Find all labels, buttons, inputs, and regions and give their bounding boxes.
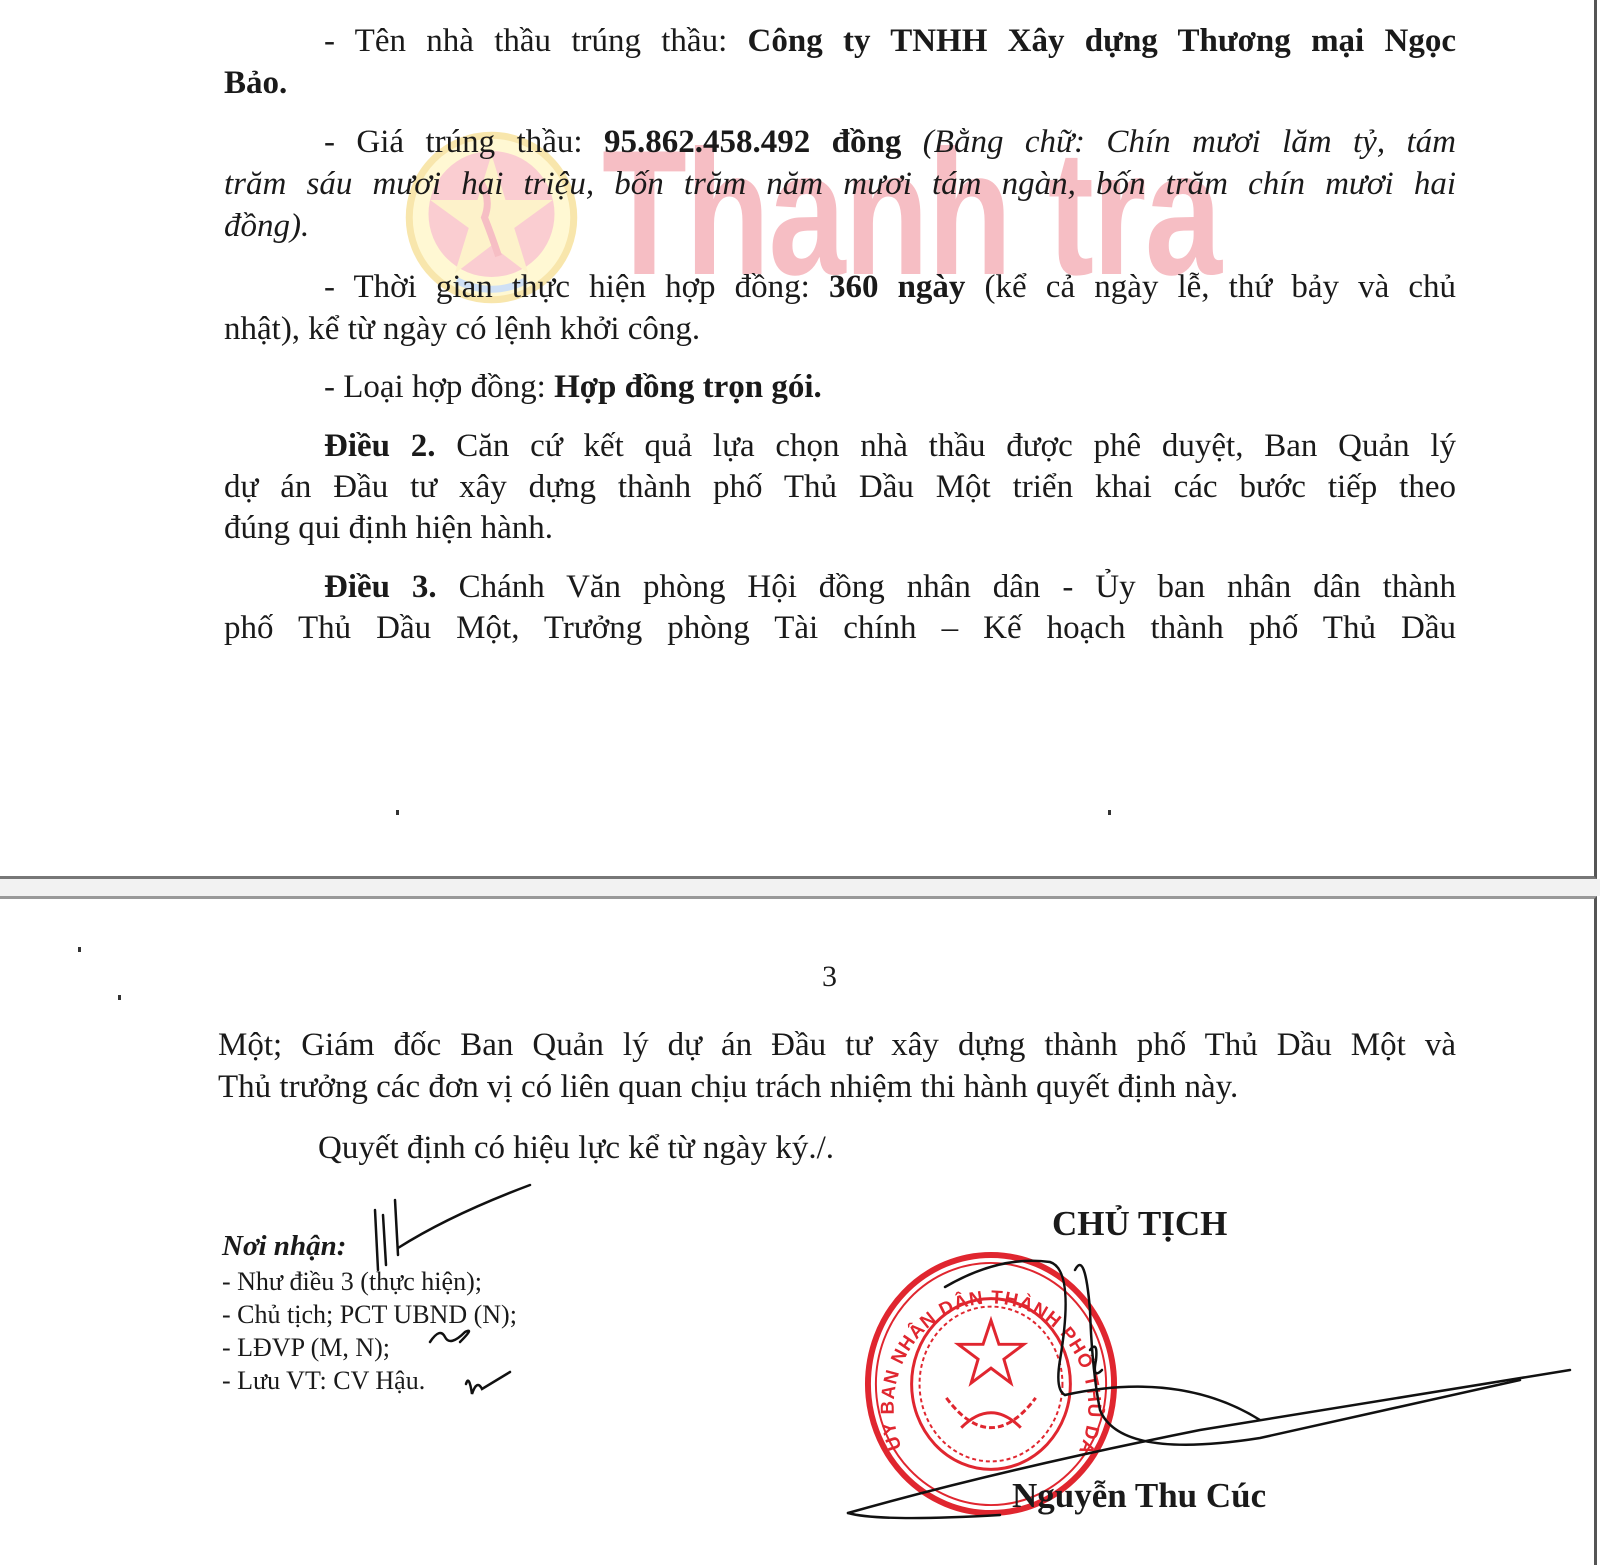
contractor-line: - Tên nhà thầu trúng thầu: Công ty TNHH … (224, 20, 1456, 62)
document-page-top: Thanh tra - Tên nhà thầu trúng thầu: Côn… (0, 0, 1597, 879)
price-value: 95.862.458.492 đồng (604, 124, 901, 160)
article-3-heading: Điều 3. (324, 569, 437, 605)
contract-type-value: Hợp đồng trọn gói. (554, 369, 822, 405)
recipient-item: - LĐVP (M, N); (222, 1331, 517, 1364)
article-2-line-2: dự án Đầu tư xây dựng thành phố Thủ Dầu … (224, 466, 1456, 508)
price-words-line-2: trăm sáu mươi hai triệu, bốn trăm năm mư… (224, 163, 1456, 205)
article-3-line-1: Điều 3. Chánh Văn phòng Hội đồng nhân dâ… (224, 566, 1456, 608)
contractor-line-2: Bảo. (224, 62, 1456, 104)
duration-line-2: nhật), kể từ ngày có lệnh khởi công. (224, 308, 1456, 350)
effective-line: Quyết định có hiệu lực kể từ ngày ký./. (218, 1127, 1450, 1169)
recipient-item: - Lưu VT: CV Hậu. (222, 1364, 517, 1397)
article-3-line-2: phố Thủ Dầu Một, Trưởng phòng Tài chính … (224, 607, 1456, 649)
duration-value: 360 ngày (829, 269, 965, 305)
scan-speck (1108, 810, 1111, 815)
contract-type-line: - Loại hợp đồng: Hợp đồng trọn gói. (224, 366, 1456, 408)
recipient-item: - Chủ tịch; PCT UBND (N); (222, 1298, 517, 1331)
price-line: - Giá trúng thầu: 95.862.458.492 đồng (B… (224, 121, 1456, 163)
page-number: 3 (822, 960, 837, 994)
page-gap (0, 879, 1600, 896)
article-2-line-1: Điều 2. Căn cứ kết quả lựa chọn nhà thầu… (224, 425, 1456, 467)
recipients-block: Nơi nhận: - Như điều 3 (thực hiện); - Ch… (222, 1230, 517, 1397)
contractor-name: Công ty TNHH Xây dựng Thương mại Ngọc (748, 23, 1456, 59)
scan-speck (118, 995, 121, 1000)
signer-name: Nguyễn Thu Cúc (1012, 1476, 1266, 1516)
duration-line: - Thời gian thực hiện hợp đồng: 360 ngày… (224, 266, 1456, 308)
article-2-heading: Điều 2. (324, 428, 436, 464)
signer-title: CHỦ TỊCH (1052, 1204, 1227, 1244)
recipient-item: - Như điều 3 (thực hiện); (222, 1265, 517, 1298)
scan-speck (78, 947, 81, 952)
recipients-heading: Nơi nhận: (222, 1230, 517, 1263)
article-2-line-3: đúng qui định hiện hành. (224, 507, 1456, 549)
article-3-cont-line-1: Một; Giám đốc Ban Quản lý dự án Đầu tư x… (218, 1024, 1456, 1066)
price-words-line-3: đồng). (224, 205, 1456, 247)
article-3-cont-line-2: Thủ trưởng các đơn vị có liên quan chịu … (218, 1066, 1456, 1108)
scan-speck (396, 810, 399, 815)
